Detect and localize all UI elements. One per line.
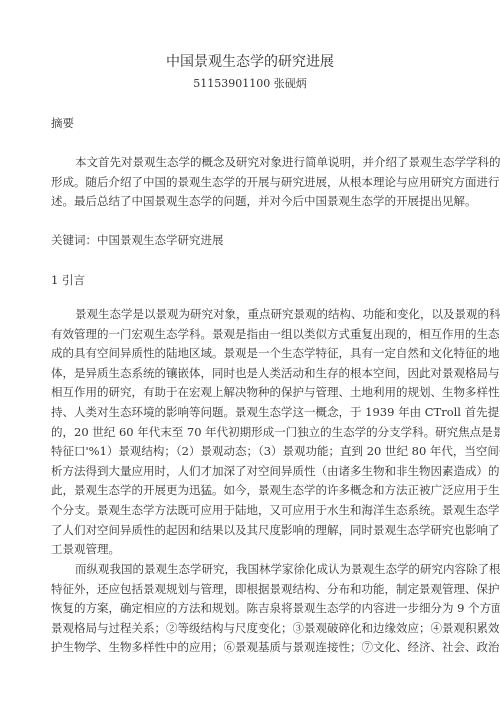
section-1-paragraph-2: 而纵观我国的景观生态学研究，我国林学家徐化成认为景观生态学的研究内容除了根底的三… xyxy=(51,560,448,658)
body-line: 景观格局与过程关系；②等级结构与尺度变化；③景观破碎化和边缘效应；④景观积累效应… xyxy=(51,619,448,639)
abstract-heading: 摘要 xyxy=(51,116,74,130)
body-line: 个分支。景观生态学方法既可应用于陆地，又可应用于水生和海洋生态系统。景观生态学研… xyxy=(51,501,448,521)
abstract-line: 述。最后总结了中国景观生态学的问题，并对今后中国景观生态学的开展提出见解。 xyxy=(51,192,448,212)
body-line: 成的具有空间异质性的陆地区域。景观是一个生态学特征，具有一定自然和文化特征的地域… xyxy=(51,344,448,364)
body-line: 持、人类对生态环境的影响等问题。景观生态学这一概念，于 1939 年由 CTro… xyxy=(51,403,448,423)
body-line: 的，20 世纪 60 年代末至 70 年代初期形成一门独立的生态学的分支学科。研… xyxy=(51,423,448,443)
section-1-paragraph-1: 景观生态学是以景观为研究对象，重点研究景观的结构、功能和变化，以及景观的科学规划… xyxy=(51,305,448,560)
body-line: 析方法得到大量应用时，人们才加深了对空间异质性（由诸多生物和非生物因素造成）的理… xyxy=(51,462,448,482)
body-line: 相互作用的研究，有助于在宏观上解决物种的保护与管理、土地利用的规划、生物多样性保… xyxy=(51,383,448,403)
document-title: 中国景观生态学的研究进展 xyxy=(0,53,500,71)
abstract-paragraph: 本文首先对景观生态学的概念及研究对象进行简单说明，并介绍了景观生态学学科的起源于… xyxy=(51,153,448,212)
body-line: 恢复的方案，确定相应的方法和规划。陈吉泉将景观生态学的内容进一步细分为 9 个方… xyxy=(51,599,448,619)
body-line: 有效管理的一门宏观生态学科。景观是指由一组以类似方式重复出现的，相互作用的生态系… xyxy=(51,325,448,345)
author-line: 51153901100 张砚炳 xyxy=(0,77,500,91)
body-line: 护生物学、生物多样性中的应用；⑥景观基质与景观连接性；⑦文化、经济、社会、政治等… xyxy=(51,638,448,658)
keywords-line: 关键词：中国景观生态学研究进展 xyxy=(51,233,224,247)
body-line: 而纵观我国的景观生态学研究，我国林学家徐化成认为景观生态学的研究内容除了根底的三… xyxy=(51,560,448,580)
body-line: 体，是异质生态系统的镶嵌体，同时也是人类活动和生存的根本空间，因此对景观格局与生… xyxy=(51,364,448,384)
abstract-line: 本文首先对景观生态学的概念及研究对象进行简单说明，并介绍了景观生态学学科的起源于 xyxy=(51,153,448,173)
section-1-heading: 1 引言 xyxy=(51,273,85,287)
body-line: 景观生态学是以景观为研究对象，重点研究景观的结构、功能和变化，以及景观的科学规划… xyxy=(51,305,448,325)
body-line: 特征外，还应包括景观规划与管理，即根据景观结构、分布和功能，制定景观管理、保护、… xyxy=(51,580,448,600)
body-line: 此，景观生态学的开展更为迅猛。如今，景观生态学的许多概念和方法正被广泛应用于生态… xyxy=(51,481,448,501)
body-line: 特征口'%1）景观结构；（2）景观动态；（3）景观功能；直到 20 世纪 80 … xyxy=(51,442,448,462)
abstract-line: 形成。随后介绍了中国的景观生态学的开展与研究进展，从根本理论与应用研究方面进行了… xyxy=(51,173,448,193)
document-page: 中国景观生态学的研究进展 51153901100 张砚炳 摘要 本文首先对景观生… xyxy=(0,0,500,707)
body-line: 工景观管理。 xyxy=(51,540,448,560)
body-line: 了人们对空间异质性的起因和结果以及其尺度影响的理解，同时景观生态学研究也影响了自… xyxy=(51,521,448,541)
